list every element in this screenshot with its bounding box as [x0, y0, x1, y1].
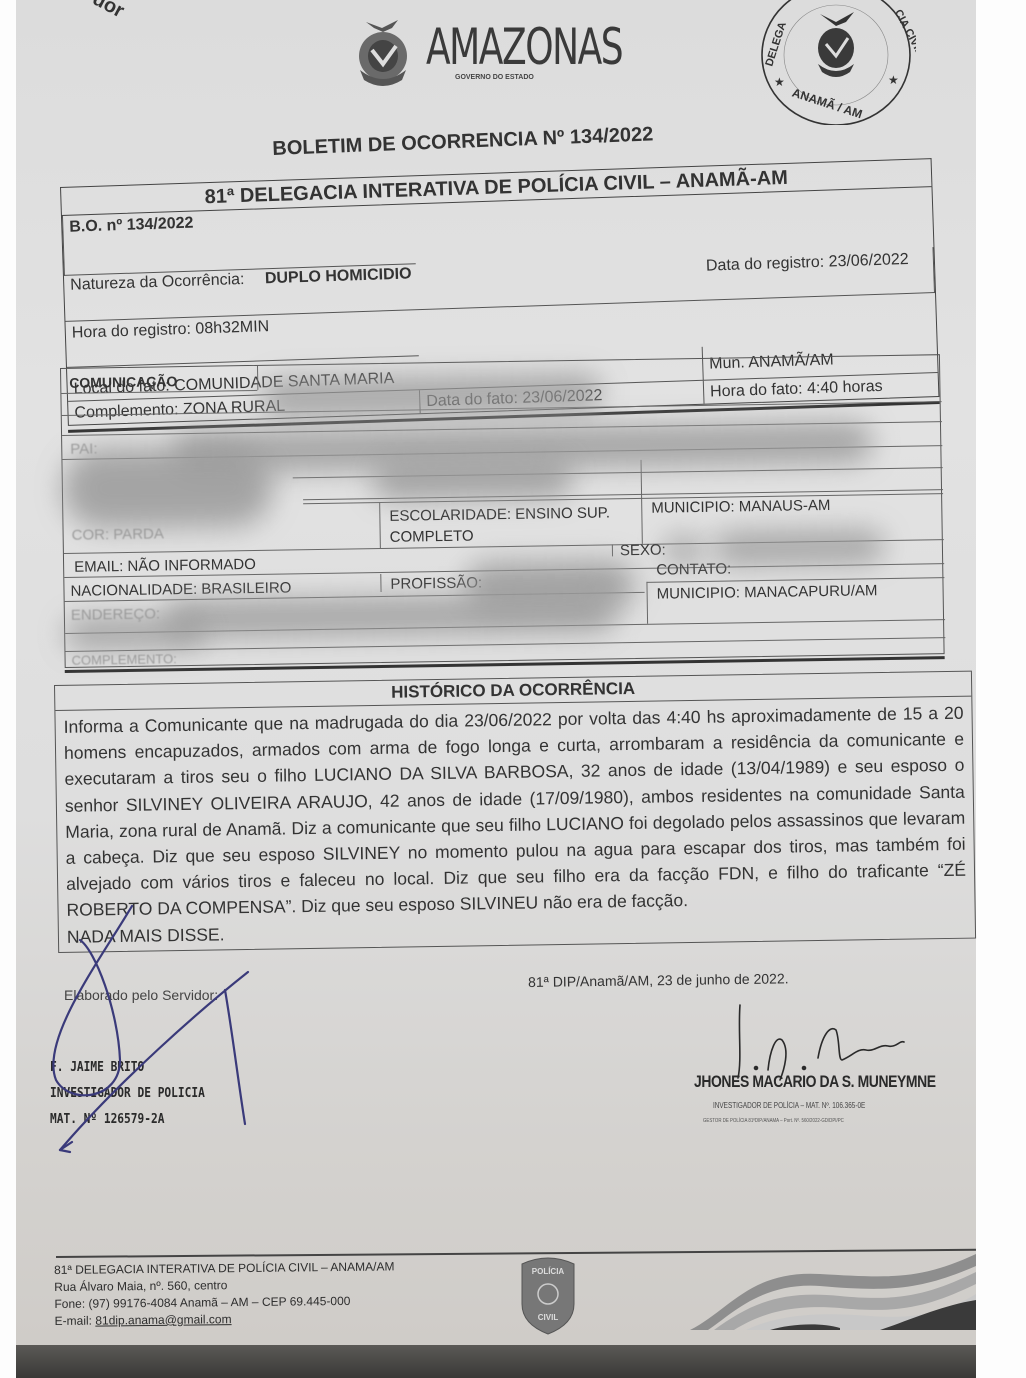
communication-label: COMUNICAÇÃO: [69, 373, 177, 391]
svg-text:★: ★: [774, 75, 785, 89]
svg-text:★: ★: [888, 73, 899, 87]
footer-email-row: E-mail: 81dip.anama@gmail.com: [55, 1309, 396, 1330]
right-signer-name: JHONES MACARIO DA S. MUNEYMNE: [694, 1072, 936, 1092]
record-date-label: Data do registro:: [706, 254, 825, 275]
footer-email-link[interactable]: 81dip.anama@gmail.com: [95, 1312, 231, 1327]
redacted-parents-2: [62, 446, 273, 529]
record-date-value: 23/06/2022: [828, 251, 909, 271]
history-text: Informa a Comunicante que na madrugada d…: [55, 697, 975, 952]
bo-number-field: B.O. nº 134/2022: [62, 204, 416, 276]
badge-top-text: POLÍCIA: [532, 1267, 565, 1276]
redacted-address-2: [65, 617, 205, 649]
history-narrative: Informa a Comunicante que na madrugada d…: [63, 700, 966, 924]
footer-contact-block: 81ª DELEGACIA INTERATIVA DE POLÍCIA CIVI…: [54, 1258, 395, 1330]
record-time-label: Hora do registro:: [72, 321, 192, 342]
footer-agency: 81ª DELEGACIA INTERATIVA DE POLÍCIA CIVI…: [54, 1258, 395, 1279]
contact-label: CONTATO:: [656, 560, 731, 578]
nature-value: DUPLO HOMICIDIO: [265, 265, 412, 287]
table-surface: [16, 1345, 976, 1378]
email-value: EMAIL: NÃO INFORMADO: [74, 556, 256, 576]
right-signer-role: INVESTIGADOR DE POLÍCIA – MAT. Nº. 106.3…: [713, 1101, 865, 1110]
decorative-waves: [690, 1250, 976, 1332]
footer-email-label: E-mail:: [55, 1314, 92, 1328]
education-value: ESCOLARIDADE: ENSINO SUP. COMPLETO: [389, 502, 630, 548]
state-name: AMAZONAS: [426, 18, 622, 76]
history-section: HISTÓRICO DA OCORRÊNCIA Informa a Comuni…: [54, 671, 976, 953]
svg-text:ANAMÃ / AM: ANAMÃ / AM: [790, 85, 864, 122]
left-signer-registration: MAT. Nº 126579-2A: [50, 1107, 205, 1133]
redacted-contact: [714, 530, 884, 565]
footer-phone: Fone: (97) 99176-4084 Anamã – AM – CEP 6…: [54, 1292, 395, 1313]
communication-form: COMUNICAÇÃO PAI: COR: PARDA ESCOLARIDADE…: [60, 354, 945, 673]
svg-text:CIA CIVIL: CIA CIVIL: [892, 8, 916, 58]
redacted-birth: [372, 457, 573, 500]
police-badge-icon: POLÍCIA CIVIL: [516, 1254, 580, 1336]
bo-number: B.O. nº 134/2022: [69, 215, 194, 236]
state-subtitle: GOVERNO DO ESTADO: [455, 74, 534, 81]
left-signature-block: F. JAIME BRITO INVESTIGADOR DE POLICIA M…: [50, 1055, 205, 1133]
residence-municipality-value: MUNICIPIO: MANACAPURU/AM: [656, 582, 877, 602]
nationality-value: NACIONALIDADE: BRASILEIRO: [70, 579, 291, 599]
coat-of-arms-icon: [352, 14, 414, 90]
police-seal-icon: DELEGA CIA CIVIL ANAMÃ / AM ★ ★: [756, 0, 916, 125]
record-date-field: Data do registro: 23/06/2022: [700, 247, 935, 301]
address-complement-label: COMPLEMENTO:: [71, 651, 176, 668]
badge-bottom-text: CIVIL: [538, 1313, 559, 1322]
redacted-address: [165, 594, 616, 637]
sex-label: SEXO:: [620, 542, 666, 560]
left-signer-name: F. JAIME BRITO: [50, 1055, 205, 1081]
birth-municipality-value: MUNICIPIO: MANAUS-AM: [651, 497, 830, 517]
prepared-by-label: Elaborado pelo Servidor:: [64, 987, 218, 1003]
left-signer-role: INVESTIGADOR DE POLICIA: [50, 1081, 205, 1107]
right-signer-role-secondary: GESTOR DE POLÍCIA 81ºDIP/ANAMA – Port. N…: [703, 1118, 844, 1124]
redacted-name: [261, 375, 602, 416]
color-label: COR: PARDA: [71, 525, 163, 543]
redacted-sex: [664, 537, 704, 564]
record-time-value: 08h32MIN: [195, 318, 269, 337]
